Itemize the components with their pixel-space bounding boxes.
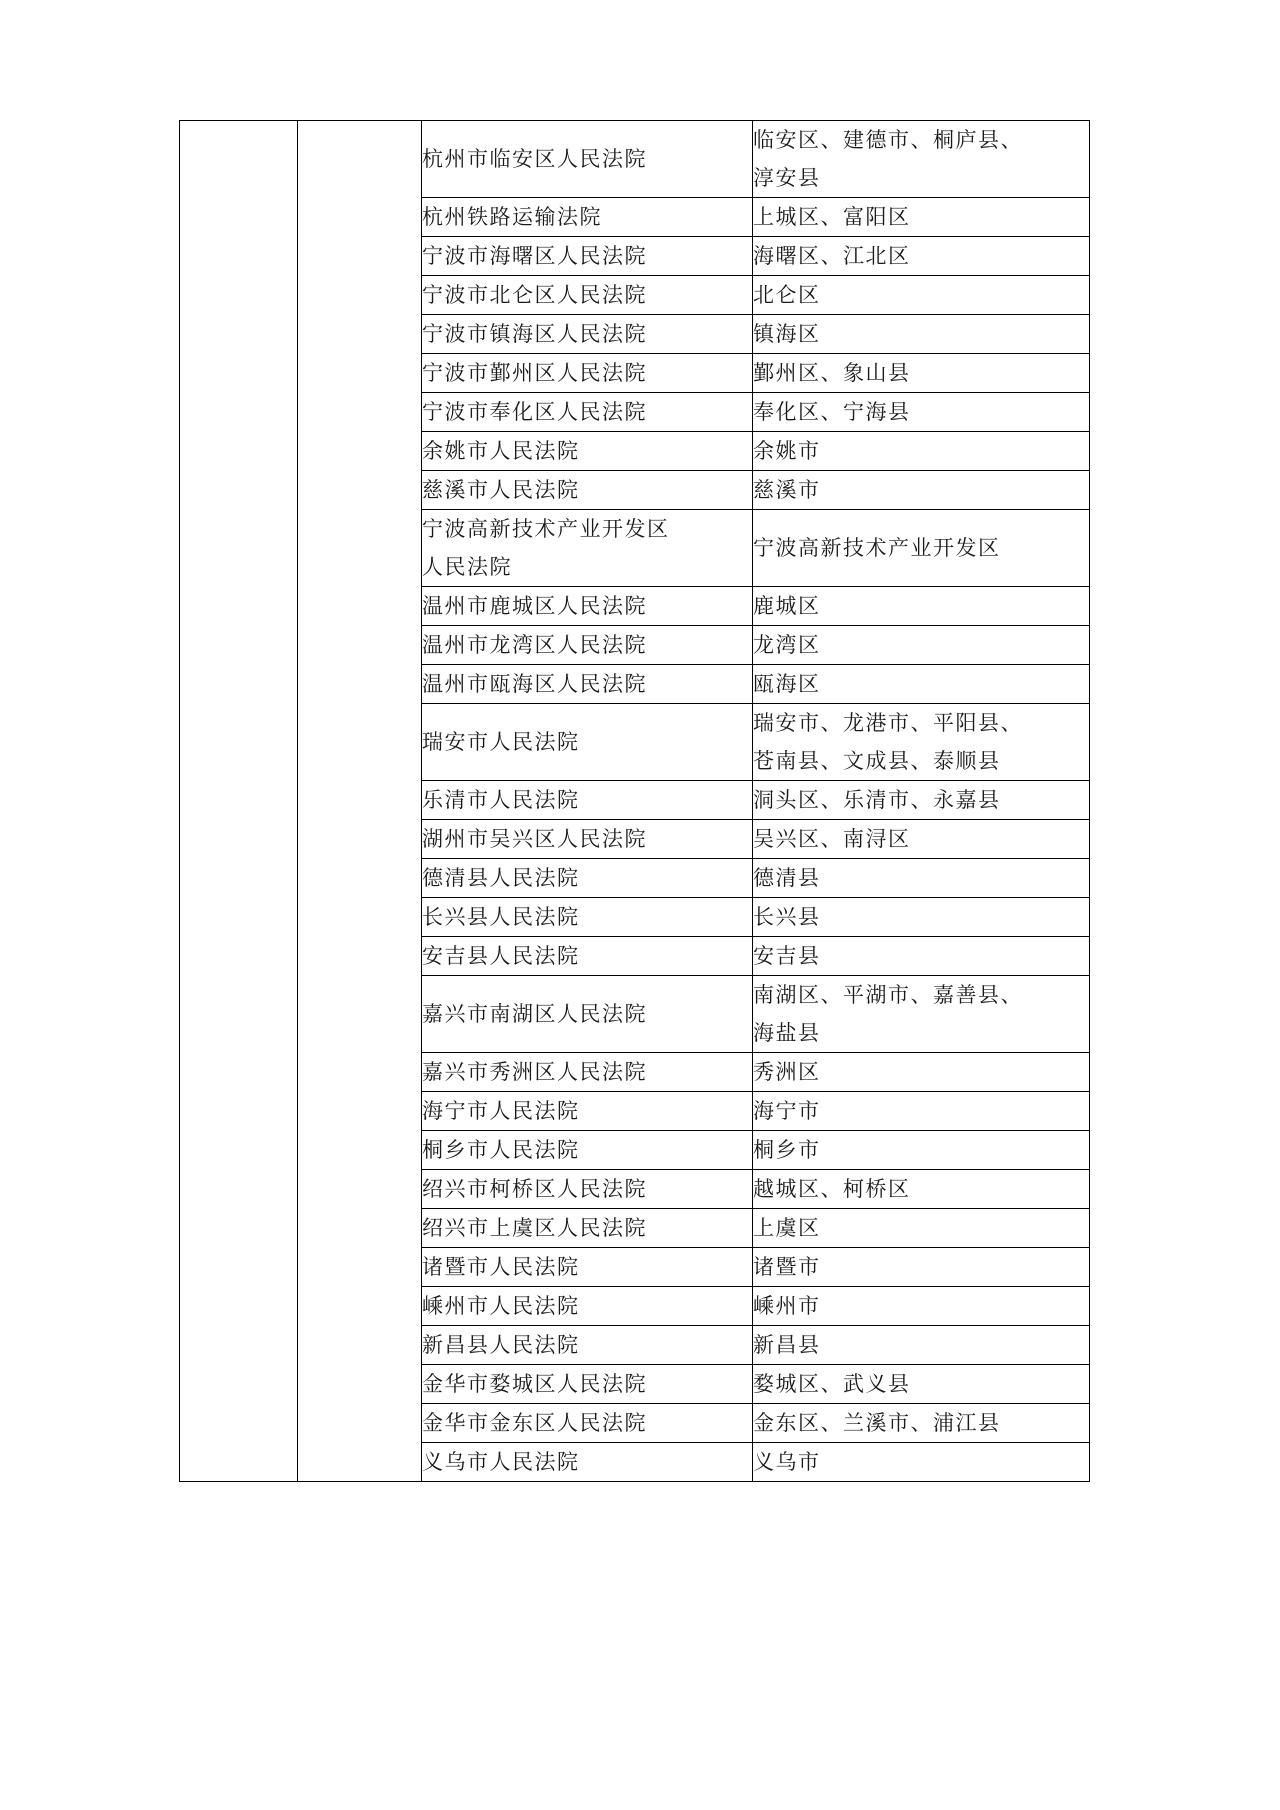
jurisdiction-cell: 婺城区、武义县 [753, 1365, 1090, 1404]
court-name-cell: 余姚市人民法院 [422, 432, 753, 471]
jurisdiction-cell: 上虞区 [753, 1209, 1090, 1248]
court-name-cell: 嘉兴市南湖区人民法院 [422, 976, 753, 1053]
court-name-cell: 杭州市临安区人民法院 [422, 121, 753, 198]
court-name-cell: 安吉县人民法院 [422, 937, 753, 976]
court-name-cell: 嵊州市人民法院 [422, 1287, 753, 1326]
jurisdiction-cell: 桐乡市 [753, 1131, 1090, 1170]
court-name-cell: 金华市金东区人民法院 [422, 1404, 753, 1443]
left-spacer-cell [180, 121, 298, 1482]
court-name-cell: 诸暨市人民法院 [422, 1248, 753, 1287]
court-name-cell: 慈溪市人民法院 [422, 471, 753, 510]
jurisdiction-cell: 余姚市 [753, 432, 1090, 471]
jurisdiction-cell: 海宁市 [753, 1092, 1090, 1131]
category-spacer-cell [298, 121, 422, 1482]
court-name-cell: 乐清市人民法院 [422, 781, 753, 820]
court-name-cell: 德清县人民法院 [422, 859, 753, 898]
jurisdiction-cell: 越城区、柯桥区 [753, 1170, 1090, 1209]
jurisdiction-cell: 龙湾区 [753, 626, 1090, 665]
court-name-cell: 桐乡市人民法院 [422, 1131, 753, 1170]
court-name-cell: 金华市婺城区人民法院 [422, 1365, 753, 1404]
court-name-cell: 宁波市海曙区人民法院 [422, 237, 753, 276]
jurisdiction-cell: 新昌县 [753, 1326, 1090, 1365]
jurisdiction-cell: 南湖区、平湖市、嘉善县、 海盐县 [753, 976, 1090, 1053]
jurisdiction-cell: 慈溪市 [753, 471, 1090, 510]
jurisdiction-cell: 嵊州市 [753, 1287, 1090, 1326]
court-name-cell: 温州市瓯海区人民法院 [422, 665, 753, 704]
jurisdiction-cell: 镇海区 [753, 315, 1090, 354]
court-name-cell: 宁波市鄞州区人民法院 [422, 354, 753, 393]
court-name-cell: 绍兴市柯桥区人民法院 [422, 1170, 753, 1209]
court-name-cell: 绍兴市上虞区人民法院 [422, 1209, 753, 1248]
court-name-cell: 嘉兴市秀洲区人民法院 [422, 1053, 753, 1092]
document-page: 杭州市临安区人民法院临安区、建德市、桐庐县、 淳安县杭州铁路运输法院上城区、富阳… [0, 0, 1280, 1810]
court-name-cell: 义乌市人民法院 [422, 1443, 753, 1482]
court-name-cell: 杭州铁路运输法院 [422, 198, 753, 237]
jurisdiction-cell: 金东区、兰溪市、浦江县 [753, 1404, 1090, 1443]
jurisdiction-cell: 洞头区、乐清市、永嘉县 [753, 781, 1090, 820]
jurisdiction-cell: 德清县 [753, 859, 1090, 898]
court-name-cell: 温州市鹿城区人民法院 [422, 587, 753, 626]
jurisdiction-cell: 长兴县 [753, 898, 1090, 937]
jurisdiction-cell: 瓯海区 [753, 665, 1090, 704]
court-name-cell: 温州市龙湾区人民法院 [422, 626, 753, 665]
court-name-cell: 宁波市奉化区人民法院 [422, 393, 753, 432]
court-name-cell: 瑞安市人民法院 [422, 704, 753, 781]
court-name-cell: 新昌县人民法院 [422, 1326, 753, 1365]
court-name-cell: 宁波市镇海区人民法院 [422, 315, 753, 354]
jurisdiction-cell: 海曙区、江北区 [753, 237, 1090, 276]
jurisdiction-cell: 吴兴区、南浔区 [753, 820, 1090, 859]
jurisdiction-cell: 宁波高新技术产业开发区 [753, 510, 1090, 587]
jurisdiction-cell: 鹿城区 [753, 587, 1090, 626]
jurisdiction-cell: 北仑区 [753, 276, 1090, 315]
jurisdiction-cell: 瑞安市、龙港市、平阳县、 苍南县、文成县、泰顺县 [753, 704, 1090, 781]
court-name-cell: 长兴县人民法院 [422, 898, 753, 937]
jurisdiction-table: 杭州市临安区人民法院临安区、建德市、桐庐县、 淳安县杭州铁路运输法院上城区、富阳… [179, 120, 1090, 1482]
court-name-cell: 宁波市北仑区人民法院 [422, 276, 753, 315]
jurisdiction-cell: 上城区、富阳区 [753, 198, 1090, 237]
jurisdiction-cell: 义乌市 [753, 1443, 1090, 1482]
court-name-cell: 宁波高新技术产业开发区 人民法院 [422, 510, 753, 587]
jurisdiction-cell: 奉化区、宁海县 [753, 393, 1090, 432]
jurisdiction-cell: 鄞州区、象山县 [753, 354, 1090, 393]
jurisdiction-cell: 诸暨市 [753, 1248, 1090, 1287]
court-name-cell: 海宁市人民法院 [422, 1092, 753, 1131]
court-name-cell: 湖州市吴兴区人民法院 [422, 820, 753, 859]
jurisdiction-cell: 临安区、建德市、桐庐县、 淳安县 [753, 121, 1090, 198]
jurisdiction-cell: 秀洲区 [753, 1053, 1090, 1092]
jurisdiction-cell: 安吉县 [753, 937, 1090, 976]
table-row: 杭州市临安区人民法院临安区、建德市、桐庐县、 淳安县 [180, 121, 1090, 198]
jurisdiction-table-body: 杭州市临安区人民法院临安区、建德市、桐庐县、 淳安县杭州铁路运输法院上城区、富阳… [180, 121, 1090, 1482]
